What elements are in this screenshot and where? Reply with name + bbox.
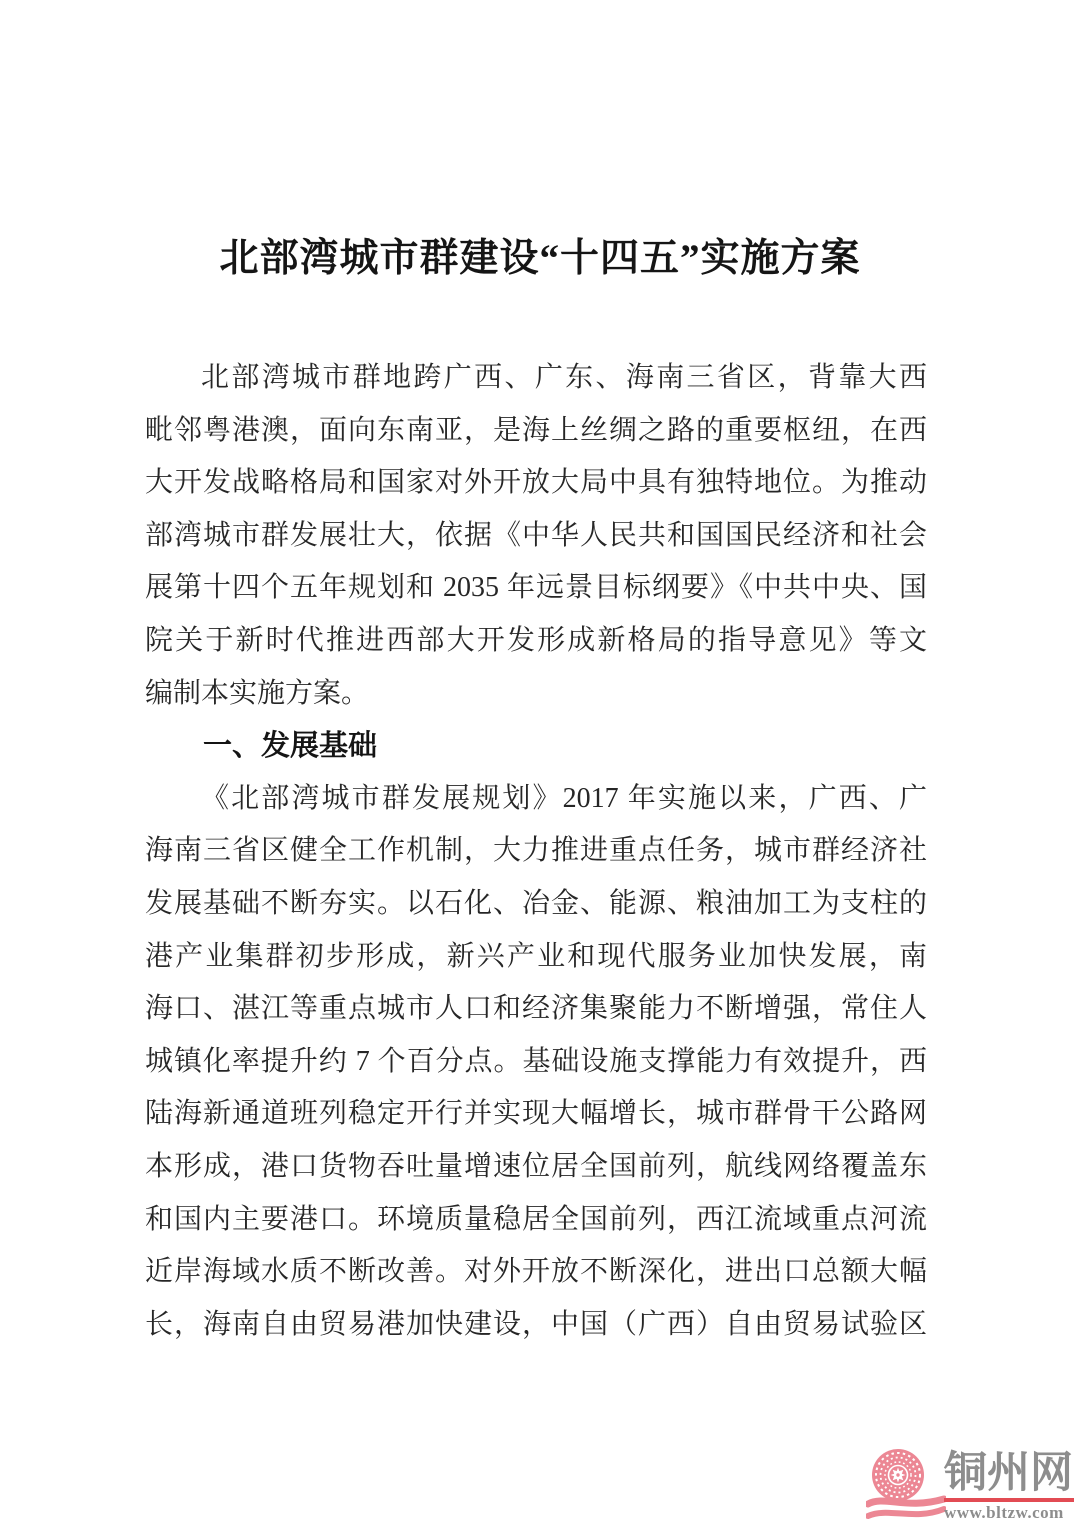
bronze-drum-logo-icon	[866, 1448, 946, 1523]
text-line: 近岸海域水质不断改善。对外开放不断深化，进出口总额大幅增	[145, 1246, 927, 1299]
text-line: 部湾城市群发展壮大，依据《中华人民共和国国民经济和社会发	[145, 510, 927, 563]
text-line: 大开发战略格局和国家对外开放大局中具有独特地位。为推动北	[145, 457, 927, 510]
text-line: 毗邻粤港澳，面向东南亚，是海上丝绸之路的重要枢纽，在西部	[145, 405, 927, 458]
site-url: www.bltzw.com	[944, 1504, 1074, 1522]
site-name: 铜州网	[944, 1452, 1074, 1495]
watermark-text-block: 铜州网 www.bltzw.com	[944, 1448, 1074, 1522]
text-line: 长，海南自由贸易港加快建设，中国（广西）自由贸易试验区等	[145, 1299, 927, 1352]
text-line: 陆海新通道班列稳定开行并实现大幅增长，城市群骨干公路网基	[145, 1088, 927, 1141]
document-title: 北部湾城市群建设“十四五”实施方案	[0, 236, 1080, 282]
text-line: 和国内主要港口。环境质量稳居全国前列，西江流域重点河流和	[145, 1194, 927, 1247]
section-heading: 一、发展基础	[145, 720, 927, 773]
text-line: 港产业集群初步形成，新兴产业和现代服务业加快发展，南宁、	[145, 931, 927, 984]
text-line: 发展基础不断夯实。以石化、冶金、能源、粮油加工为支柱的临	[145, 878, 927, 931]
text-line: 城镇化率提升约 7 个百分点。基础设施支撑能力有效提升，西部	[145, 1036, 927, 1089]
text-line: 院关于新时代推进西部大开发形成新格局的指导意见》等文件，	[145, 615, 927, 668]
text-line: 北部湾城市群地跨广西、广东、海南三省区，背靠大西南，	[145, 352, 927, 405]
watermark-underline	[944, 1498, 1074, 1502]
text-line: 《北部湾城市群发展规划》2017 年实施以来，广西、广东、	[145, 773, 927, 826]
text-line: 海南三省区健全工作机制，大力推进重点任务，城市群经济社会	[145, 825, 927, 878]
text-line: 展第十四个五年规划和 2035 年远景目标纲要》《中共中央、国务	[145, 562, 927, 615]
text-line: 本形成，港口货物吞吐量增速位居全国前列，航线网络覆盖东盟	[145, 1141, 927, 1194]
document-page: 北部湾城市群建设“十四五”实施方案 北部湾城市群地跨广西、广东、海南三省区，背靠…	[0, 0, 1080, 1527]
text-line: 海口、湛江等重点城市人口和经济集聚能力不断增强，常住人口	[145, 983, 927, 1036]
document-body: 北部湾城市群地跨广西、广东、海南三省区，背靠大西南，毗邻粤港澳，面向东南亚，是海…	[145, 352, 927, 1351]
text-line: 编制本实施方案。	[145, 668, 927, 721]
site-watermark: 铜州网 www.bltzw.com	[866, 1448, 1078, 1523]
